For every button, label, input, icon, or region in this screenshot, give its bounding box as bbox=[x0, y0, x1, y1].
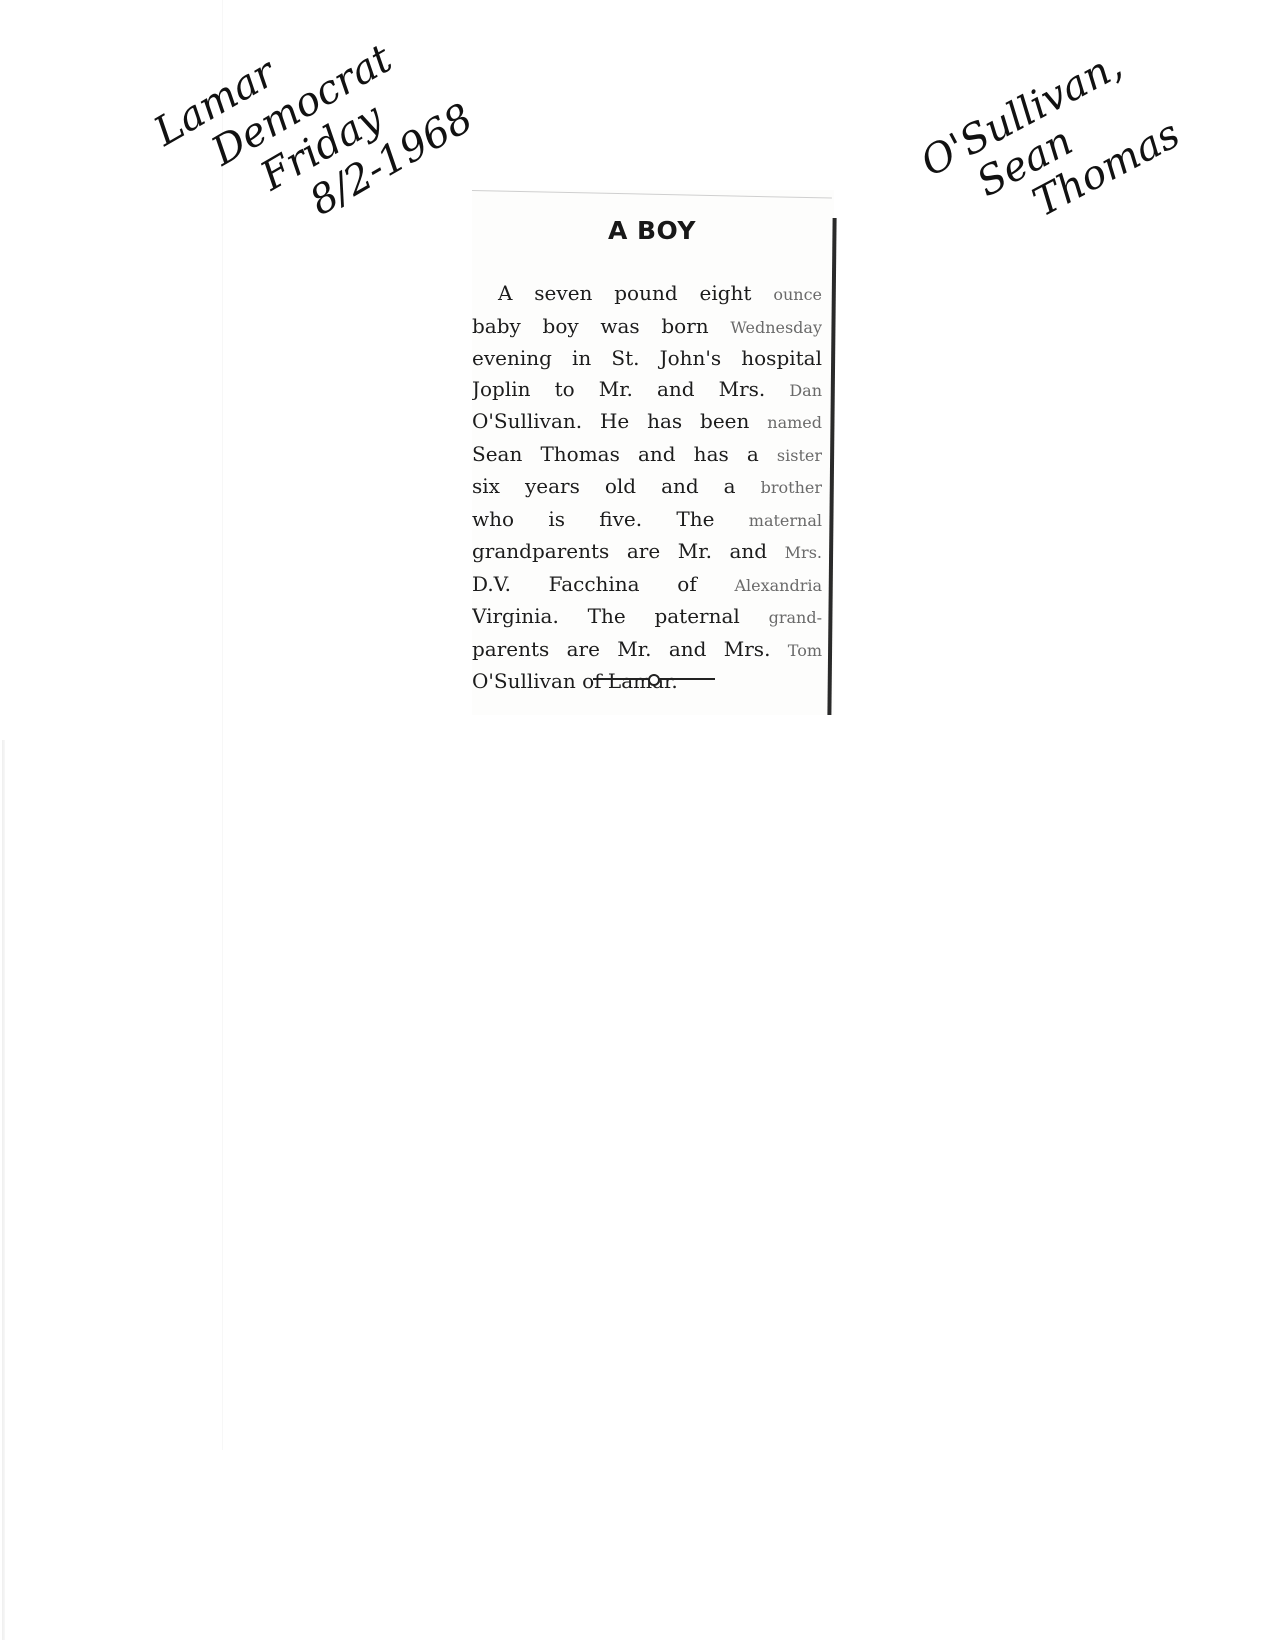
cut-off-text: Tom bbox=[788, 641, 822, 660]
cut-off-text: Mrs. bbox=[785, 543, 822, 562]
article-line: Sean Thomas and has a sister bbox=[472, 439, 822, 472]
article-line: evening in St. John's hospital bbox=[472, 343, 822, 374]
article-line: who is five. The maternal bbox=[472, 504, 822, 537]
cut-off-text: ounce bbox=[773, 285, 822, 304]
cut-off-text: grand- bbox=[769, 608, 822, 627]
cut-off-text: Dan bbox=[789, 381, 822, 400]
article-line: baby boy was born Wednesday bbox=[472, 311, 822, 344]
cut-off-text: brother bbox=[761, 478, 822, 497]
article-body: A seven pound eight ouncebaby boy was bo… bbox=[472, 278, 822, 697]
cut-off-text: Wednesday bbox=[730, 318, 822, 337]
clipping-edge bbox=[472, 190, 832, 199]
handwritten-name-note: O'Sullivan, Sean Thomas bbox=[915, 36, 1188, 265]
clipping-headline: A BOY bbox=[472, 216, 832, 245]
article-line: parents are Mr. and Mrs. Tom bbox=[472, 634, 822, 667]
handwritten-source-note: Lamar Democrat Friday 8/2-1968 bbox=[148, 0, 482, 277]
divider-ornament-icon bbox=[593, 674, 715, 684]
article-line: Virginia. The paternal grand- bbox=[472, 601, 822, 634]
newspaper-clipping: A BOY A seven pound eight ouncebaby boy … bbox=[472, 190, 834, 715]
article-line: Joplin to Mr. and Mrs. Dan bbox=[472, 374, 822, 407]
column-rule bbox=[827, 218, 836, 715]
article-line: D.V. Facchina of Alexandria bbox=[472, 569, 822, 602]
article-line: six years old and a brother bbox=[472, 471, 822, 504]
cut-off-text: Alexandria bbox=[734, 576, 822, 595]
article-line: A seven pound eight ounce bbox=[472, 278, 822, 311]
cut-off-text: maternal bbox=[749, 511, 822, 530]
scan-edge bbox=[2, 740, 5, 1640]
article-line: grandparents are Mr. and Mrs. bbox=[472, 536, 822, 569]
cut-off-text: sister bbox=[777, 446, 822, 465]
cut-off-text: named bbox=[767, 413, 822, 432]
article-line: O'Sullivan. He has been named bbox=[472, 406, 822, 439]
